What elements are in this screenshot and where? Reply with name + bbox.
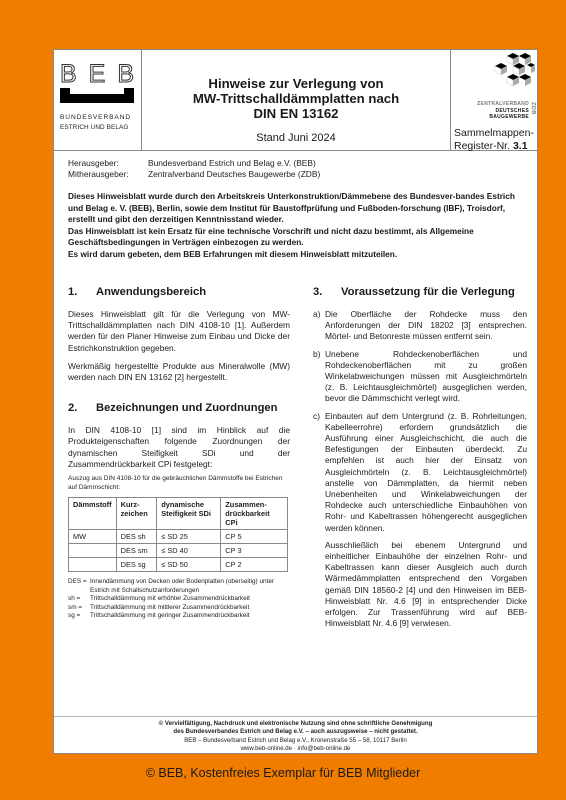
beb-logo-letters: B E B bbox=[60, 64, 134, 84]
table-row: DES sm ≤ SD 40 CP 3 bbox=[69, 544, 288, 558]
member-copy-note: © BEB, Kostenfreies Exemplar für BEB Mit… bbox=[0, 766, 566, 780]
document-title: Hinweise zur Verlegung von MW-Trittschal… bbox=[142, 76, 450, 121]
table-caption: Auszug aus DIN 4108-10 für die gebräuchl… bbox=[68, 474, 290, 492]
footer-contact-link[interactable]: www.beb-online.de · info@beb-online.de bbox=[54, 745, 537, 753]
legend-item: sm = Trittschalldämmung mit mittlerer Zu… bbox=[68, 604, 290, 613]
co-publisher-row: Mitherausgeber: Zentralverband Deutsches… bbox=[68, 169, 320, 180]
section-1-paragraph: Dieses Hinweisblatt gilt für die Verlegu… bbox=[68, 309, 290, 354]
zdb-vertical-mark: ZDB bbox=[530, 102, 536, 122]
document-header: B E B BUNDESVERBAND ESTRICH UND BELAG Hi… bbox=[54, 50, 537, 151]
table-header-row: Dämmstoff Kurz-zeichen dynamische Steifi… bbox=[69, 498, 288, 530]
list-item: a) Die Oberfläche der Rohdecke muss den … bbox=[313, 309, 527, 343]
legend-item: sh = Trittschalldämmung mit erhöhter Zus… bbox=[68, 595, 290, 604]
beb-logo-tray-icon bbox=[60, 88, 134, 103]
legend-item: sg = Trittschalldämmung mit geringer Zus… bbox=[68, 612, 290, 621]
beb-logo: B E B BUNDESVERBAND ESTRICH UND BELAG bbox=[54, 50, 142, 150]
table-row: DES sg ≤ SD 50 CP 2 bbox=[69, 558, 288, 572]
document-footer: © Vervielfältigung, Nachdruck und elektr… bbox=[54, 720, 537, 753]
zdb-logo-block: ZENTRALVERBAND DEUTSCHES BAUGEWERBE ZDB … bbox=[451, 50, 537, 150]
table-legend: DES = Innendämmung von Decken oder Boden… bbox=[68, 578, 290, 621]
zdb-logo-text: ZENTRALVERBAND DEUTSCHES BAUGEWERBE bbox=[477, 101, 529, 121]
section-2-heading: 2. Bezeichnungen und Zuordnungen bbox=[68, 402, 290, 415]
section-1-paragraph: Werkmäßig hergestellte Produkte aus Mine… bbox=[68, 361, 290, 383]
footer-divider bbox=[54, 716, 537, 717]
register-number: Sammelmappen- Register-Nr. 3.1 bbox=[454, 127, 534, 152]
legend-item: DES = Innendämmung von Decken oder Boden… bbox=[68, 578, 290, 595]
section-3-followup: Ausschließlich bei ebenem Untergrund und… bbox=[325, 540, 527, 630]
section-3-heading: 3. Voraussetzung für die Verlegung bbox=[313, 286, 527, 299]
document-page: B E B BUNDESVERBAND ESTRICH UND BELAG Hi… bbox=[53, 49, 538, 754]
list-item: b) Unebene Rohdeckenoberflächen und Rohd… bbox=[313, 349, 527, 405]
section-1-heading: 1. Anwendungsbereich bbox=[68, 286, 290, 299]
publisher-row: Herausgeber: Bundesverband Estrich und B… bbox=[68, 158, 320, 169]
insulation-table: Dämmstoff Kurz-zeichen dynamische Steifi… bbox=[68, 497, 288, 572]
beb-logo-line2: ESTRICH UND BELAG bbox=[60, 124, 128, 131]
publisher-info: Herausgeber: Bundesverband Estrich und B… bbox=[68, 158, 320, 180]
right-column: 3. Voraussetzung für die Verlegung a) Di… bbox=[313, 286, 527, 636]
table-row: MW DES sh ≤ SD 25 CP 5 bbox=[69, 530, 288, 544]
header-title-block: Hinweise zur Verlegung von MW-Trittschal… bbox=[142, 50, 451, 150]
left-column: 1. Anwendungsbereich Dieses Hinweisblatt… bbox=[68, 286, 290, 621]
zdb-cubes-icon bbox=[491, 52, 535, 92]
document-date: Stand Juni 2024 bbox=[142, 132, 450, 144]
list-item: c) Einbauten auf dem Untergrund (z. B. R… bbox=[313, 411, 527, 534]
beb-logo-line1: BUNDESVERBAND bbox=[60, 114, 131, 121]
intro-notice: Dieses Hinweisblatt wurde durch den Arbe… bbox=[68, 191, 528, 261]
section-2-paragraph: In DIN 4108-10 [1] sind im Hinblick auf … bbox=[68, 425, 290, 470]
